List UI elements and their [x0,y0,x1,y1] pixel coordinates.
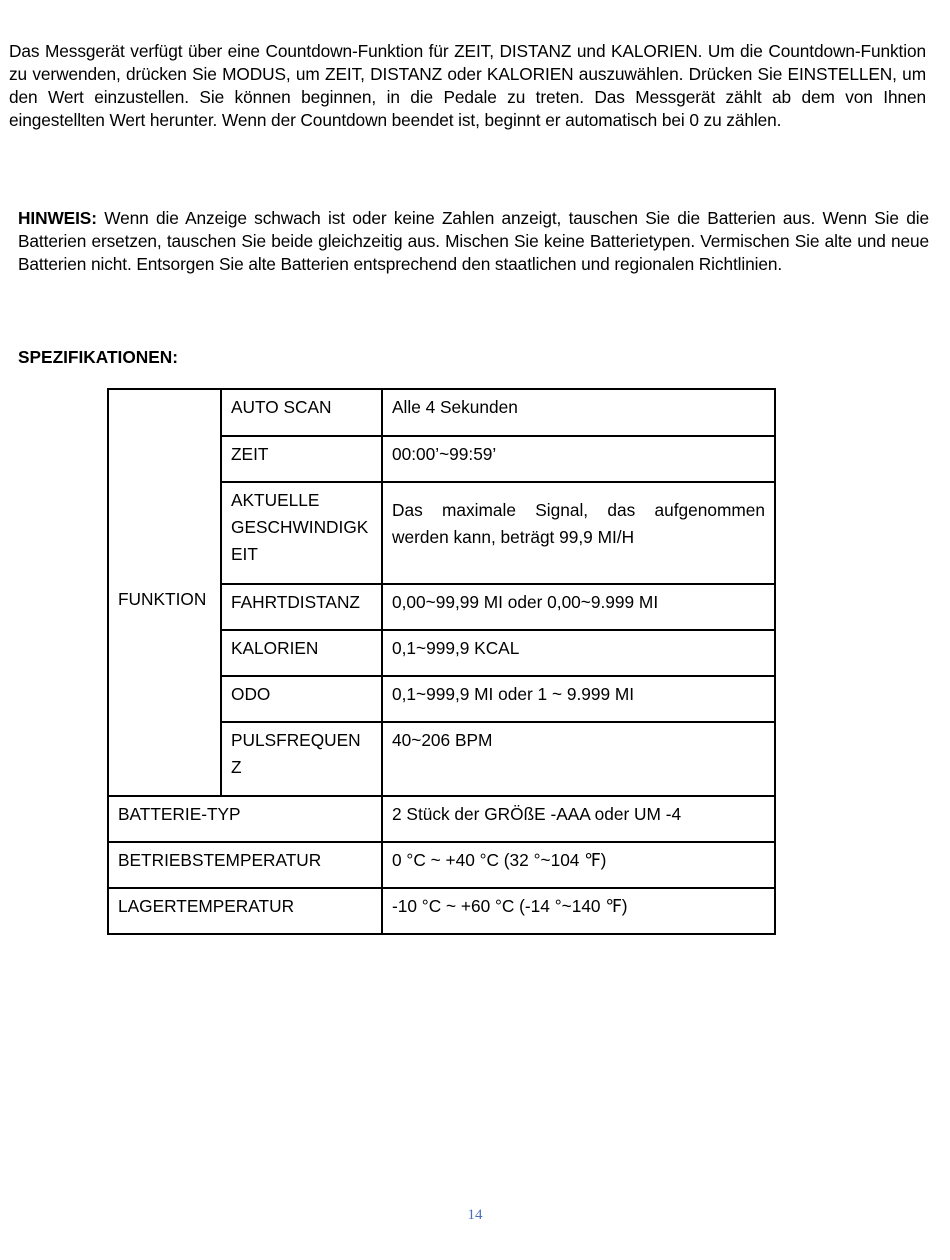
spec-value: 2 Stück der GRÖßE -AAA oder UM -4 [382,796,775,842]
spec-label: BETRIEBSTEMPERATUR [108,842,382,888]
page-number: 14 [0,1207,950,1224]
spec-value: -10 °C ~ +60 °C (-14 °~140 ℉) [382,888,775,934]
spec-value: 0,00~99,99 MI oder 0,00~9.999 MI [382,584,775,630]
spec-value: 00:00’~99:59’ [382,436,775,482]
countdown-paragraph: Das Messgerät verfügt über eine Countdow… [9,40,926,132]
spec-value: 0 °C ~ +40 °C (32 °~104 ℉) [382,842,775,888]
note-paragraph: HINWEIS: Wenn die Anzeige schwach ist od… [18,207,929,276]
table-row: BETRIEBSTEMPERATUR 0 °C ~ +40 °C (32 °~1… [108,842,775,888]
spec-value: Das maximale Signal, das aufgenommen wer… [382,482,775,584]
spec-label: LAGERTEMPERATUR [108,888,382,934]
spec-label: AKTUELLE GESCHWINDIGK EIT [221,482,382,584]
spec-value: 0,1~999,9 MI oder 1 ~ 9.999 MI [382,676,775,722]
spec-value: 0,1~999,9 KCAL [382,630,775,676]
spec-label: ODO [221,676,382,722]
table-row: BATTERIE-TYP 2 Stück der GRÖßE -AAA oder… [108,796,775,842]
spec-value: 40~206 BPM [382,722,775,796]
spec-label: KALORIEN [221,630,382,676]
spec-label: BATTERIE-TYP [108,796,382,842]
table-row: LAGERTEMPERATUR -10 °C ~ +60 °C (-14 °~1… [108,888,775,934]
note-text: Wenn die Anzeige schwach ist oder keine … [18,208,929,274]
group-label-funktion: FUNKTION [108,389,221,796]
spec-value: Alle 4 Sekunden [382,389,775,436]
spec-heading: SPEZIFIKATIONEN: [18,347,178,368]
spec-table: FUNKTION AUTO SCAN Alle 4 Sekunden ZEIT … [107,388,776,935]
spec-label: AUTO SCAN [221,389,382,436]
spec-label: ZEIT [221,436,382,482]
note-label: HINWEIS: [18,208,97,228]
table-row: FUNKTION AUTO SCAN Alle 4 Sekunden [108,389,775,436]
spec-label: PULSFREQUEN Z [221,722,382,796]
spec-label: FAHRTDISTANZ [221,584,382,630]
